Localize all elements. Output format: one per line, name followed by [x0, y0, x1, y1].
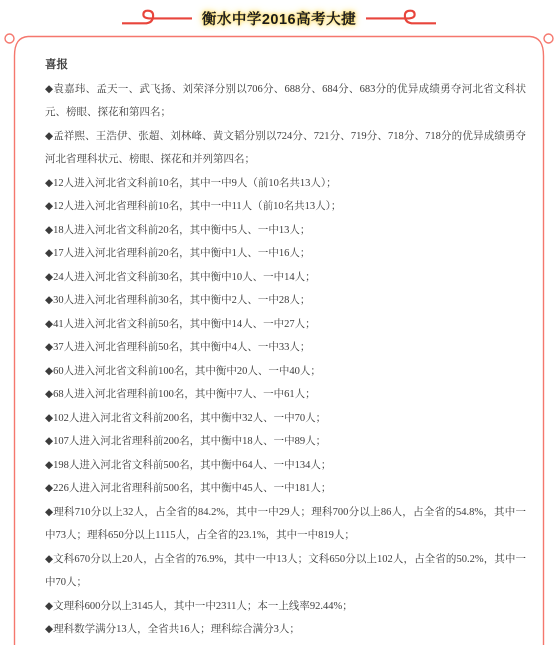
header: 衡水中学2016高考大捷 [0, 5, 558, 31]
report-item: ◆60人进入河北省文科前100名，其中衡中20人、一中40人； [45, 360, 526, 384]
report-item: ◆41人进入河北省文科前50名，其中衡中14人、一中27人； [45, 313, 526, 337]
report-item: ◆102人进入河北省文科前200名，其中衡中32人、一中70人； [45, 407, 526, 431]
report-item: ◆袁嘉玮、孟天一、武飞扬、刘荣泽分别以706分、688分、684分、683分的优… [45, 78, 526, 125]
frame-left-line [15, 37, 29, 645]
frame-right-line [530, 37, 544, 645]
bulletin-content: 喜报 ◆袁嘉玮、孟天一、武飞扬、刘荣泽分别以706分、688分、684分、683… [45, 54, 526, 642]
report-heading: 喜报 [45, 54, 526, 78]
report-item: ◆17人进入河北省理科前20名，其中衡中1人、一中16人； [45, 242, 526, 266]
report-item: ◆24人进入河北省文科前30名，其中衡中10人、一中14人； [45, 266, 526, 290]
report-item: ◆12人进入河北省理科前10名，其中一中11人（前10名共13人）； [45, 195, 526, 219]
report-item: ◆12人进入河北省文科前10名，其中一中9人（前10名共13人）； [45, 172, 526, 196]
report-item: ◆198人进入河北省文科前500名，其中衡中64人、一中134人； [45, 454, 526, 478]
report-item: ◆107人进入河北省理科前200名，其中衡中18人、一中89人； [45, 430, 526, 454]
scroll-ornament-right-icon [366, 8, 436, 28]
scroll-ornament-left-icon [122, 8, 192, 28]
report-item: ◆理科710分以上32人，占全省的84.2%，其中一中29人；理科700分以上8… [45, 501, 526, 548]
report-item: ◆文理科600分以上3145人，其中一中2311人；本一上线率92.44%； [45, 595, 526, 619]
page-title: 衡水中学2016高考大捷 [202, 8, 356, 29]
frame-corner-ring-right [544, 34, 553, 43]
bulletin-page: 衡水中学2016高考大捷 喜报 ◆袁嘉玮、孟天一、武飞扬、刘荣泽分别以706分、… [0, 0, 558, 645]
report-item: ◆37人进入河北省理科前50名，其中衡中4人、一中33人； [45, 336, 526, 360]
report-item: ◆226人进入河北省理科前500名，其中衡中45人、一中181人； [45, 477, 526, 501]
report-item: ◆文科670分以上20人，占全省的76.9%，其中一中13人；文科650分以上1… [45, 548, 526, 595]
frame-corner-ring-left [5, 34, 14, 43]
report-item: ◆理科数学满分13人，全省共16人；理科综合满分3人； [45, 618, 526, 642]
report-item: ◆30人进入河北省理科前30名，其中衡中2人、一中28人； [45, 289, 526, 313]
report-item: ◆18人进入河北省文科前20名，其中衡中5人、一中13人； [45, 219, 526, 243]
report-item: ◆孟祥熙、王浩伊、张超、刘林峰、黄文韬分别以724分、721分、719分、718… [45, 125, 526, 172]
report-item: ◆68人进入河北省理科前100名，其中衡中7人、一中61人； [45, 383, 526, 407]
report-items: ◆袁嘉玮、孟天一、武飞扬、刘荣泽分别以706分、688分、684分、683分的优… [45, 78, 526, 642]
